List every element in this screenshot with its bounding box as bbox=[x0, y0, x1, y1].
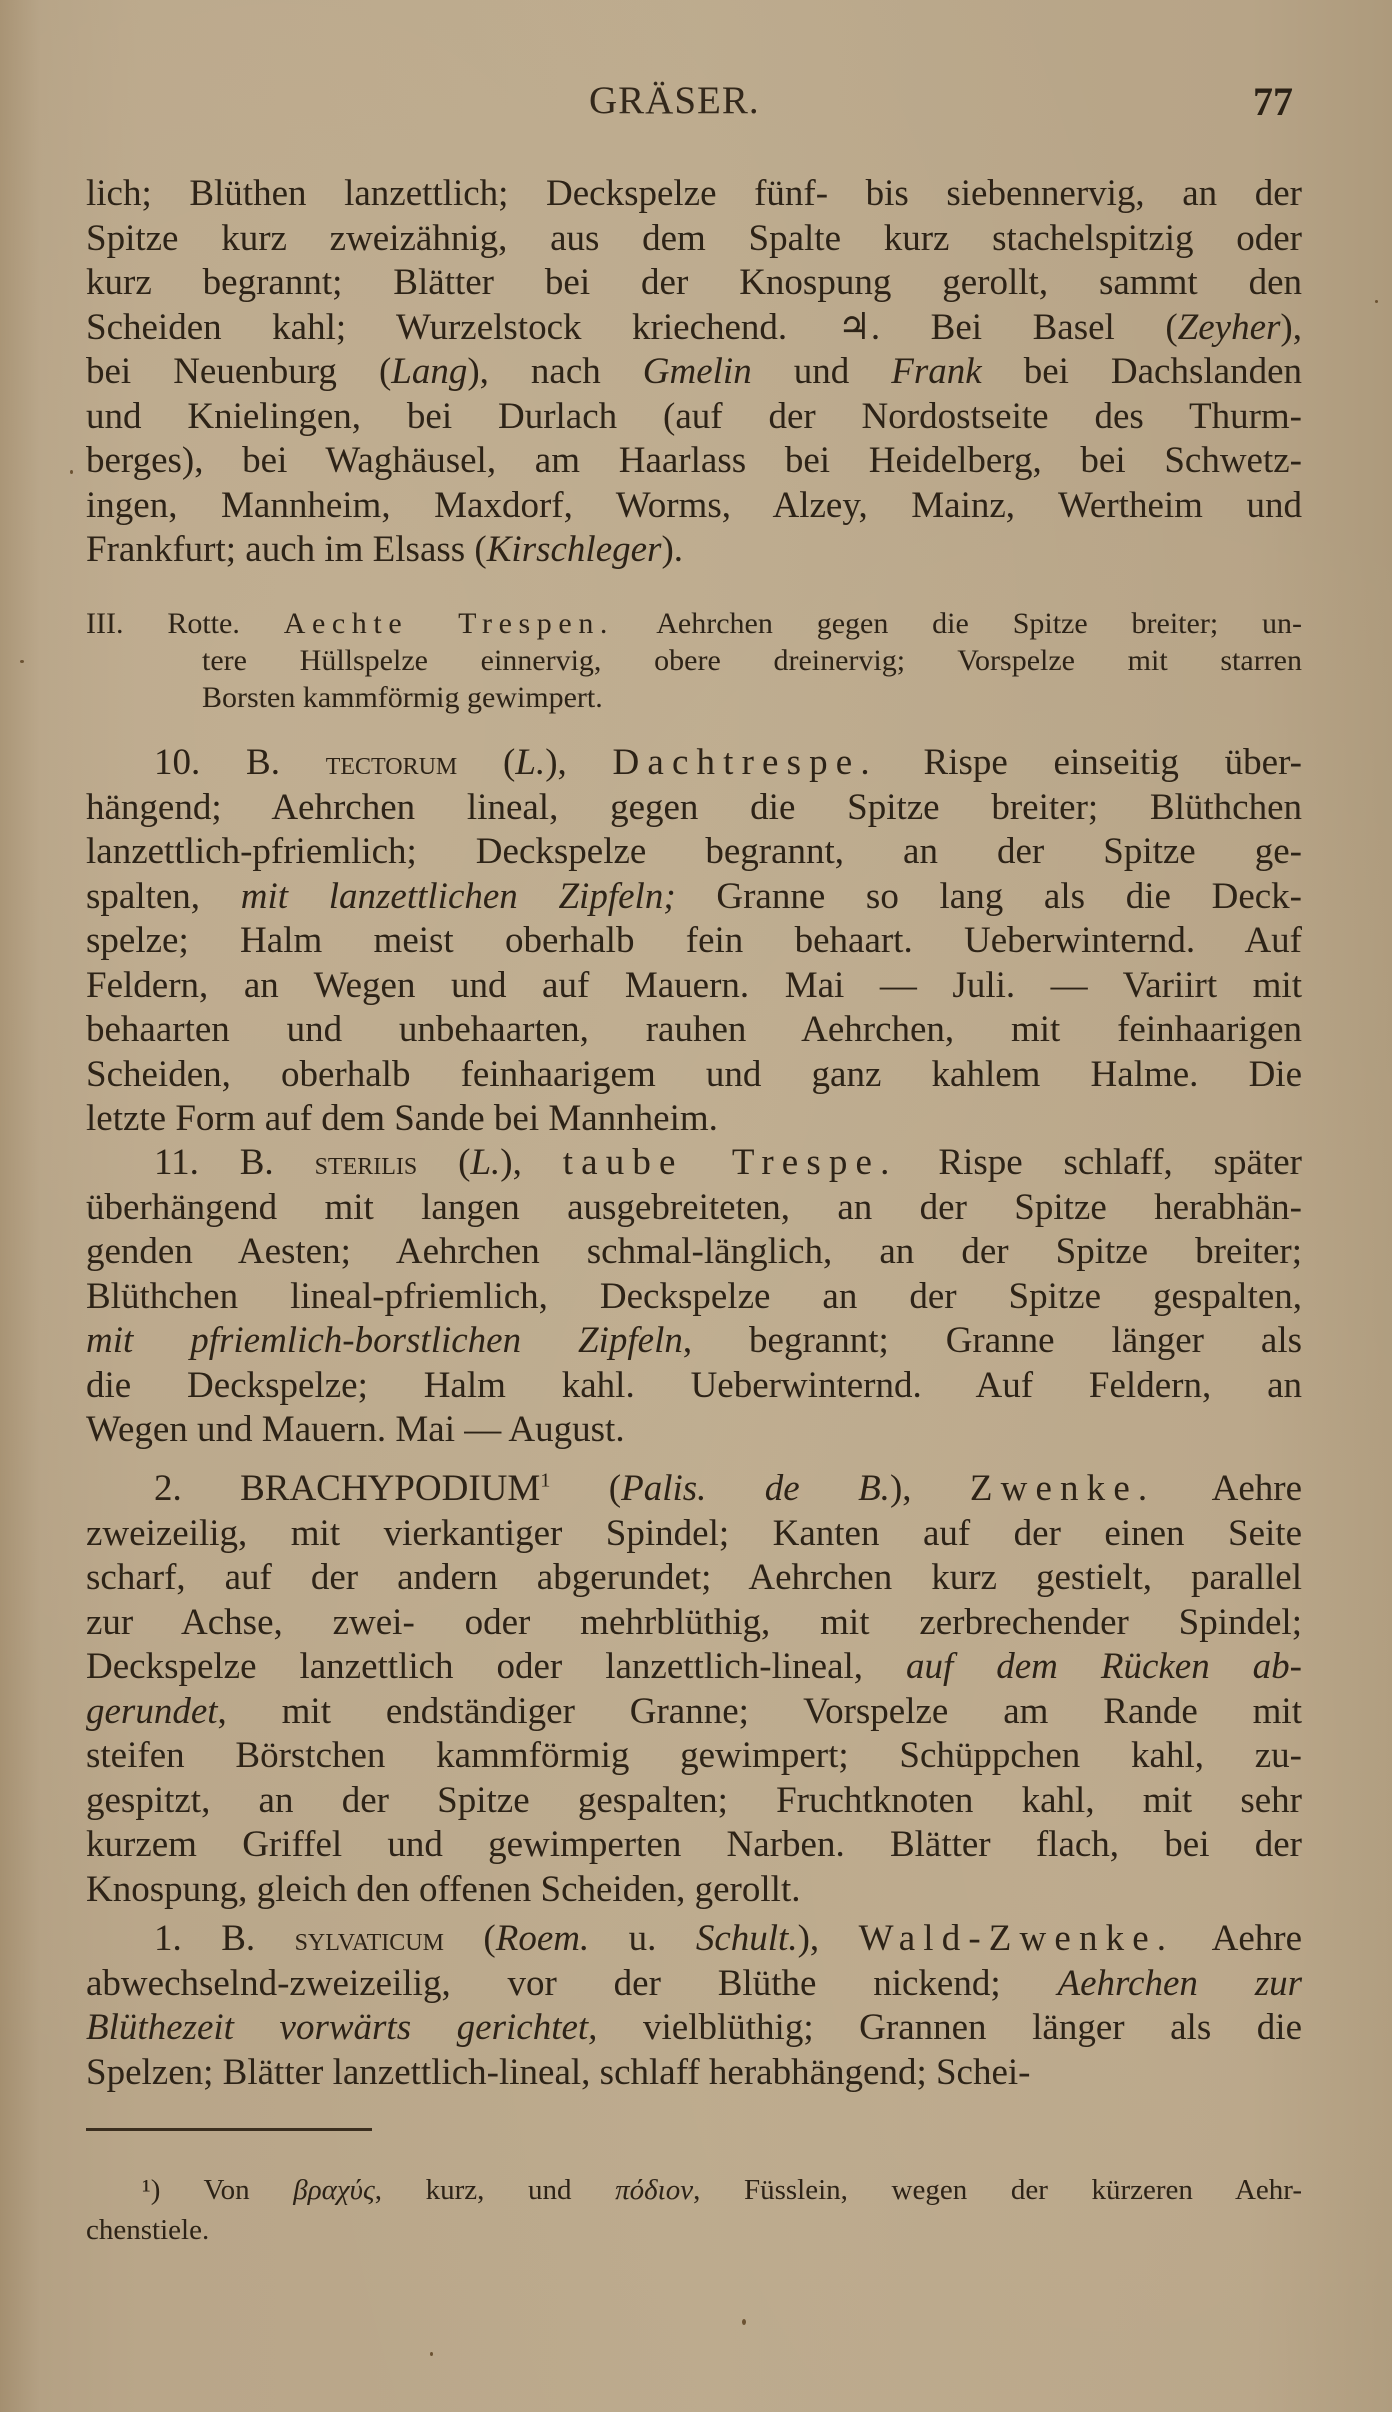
text-run: und bbox=[752, 351, 892, 392]
italic-text: Roem. bbox=[496, 1918, 590, 1959]
text-line: überhängend mit langen ausgebreiteten, a… bbox=[86, 1186, 1302, 1231]
text-line: behaarten und unbehaarten, rauhen Aehrch… bbox=[86, 1008, 1302, 1053]
text-run: spalten, bbox=[86, 876, 241, 917]
common-name: Wald-Zwenke. bbox=[859, 1918, 1175, 1959]
italic-text: Blüthezeit vorwärts gerichtet, bbox=[86, 2007, 597, 2048]
paragraph-bromus-tectorum: 10. B. tectorum (L.), Dachtrespe. Rispe … bbox=[86, 741, 1302, 1142]
text-run: bei Dachslanden bbox=[982, 351, 1302, 392]
text-run: genden Aesten; Aehrchen schmal-länglich,… bbox=[86, 1231, 1302, 1272]
common-name: Aechte Trespen. bbox=[284, 607, 614, 640]
italic-text: Zeyher bbox=[1178, 307, 1281, 348]
text-run: hängend; Aehrchen lineal, gegen die Spit… bbox=[86, 787, 1302, 828]
text-run: kurz begrannt; Blätter bei der Knospung … bbox=[86, 262, 1302, 303]
italic-text: auf dem Rücken ab- bbox=[906, 1646, 1302, 1687]
paragraph-bromus-sterilis: 11. B. sterilis (L.), taube Trespe. Risp… bbox=[86, 1141, 1302, 1453]
text-run: ), bbox=[500, 1142, 562, 1183]
text-line: genden Aesten; Aehrchen schmal-länglich,… bbox=[86, 1230, 1302, 1275]
text-run: Aehrchen gegen die Spitze breiter; un- bbox=[614, 607, 1302, 640]
text-line: 1. B. sylvaticum (Roem. u. Schult.), Wal… bbox=[86, 1917, 1302, 1962]
text-run: zweizeilig, mit vierkantiger Spindel; Ka… bbox=[86, 1513, 1302, 1554]
text-line: ¹) Von βραχύς, kurz, und πόδιον, Füsslei… bbox=[86, 2170, 1302, 2210]
text-run: ( bbox=[444, 1918, 496, 1959]
text-line: Borsten kammförmig gewimpert. bbox=[86, 679, 1302, 716]
text-line: lich; Blüthen lanzettlich; Deckspelze fü… bbox=[86, 172, 1302, 217]
text-run: lich; Blüthen lanzettlich; Deckspelze fü… bbox=[86, 173, 1302, 214]
italic-text: Palis. de B. bbox=[621, 1468, 890, 1509]
text-run: bei Neuenburg ( bbox=[86, 351, 391, 392]
text-run: ( bbox=[417, 1142, 470, 1183]
text-run: ( bbox=[457, 742, 515, 783]
book-page: GRÄSER. 77 lich; Blüthen lanzettlich; De… bbox=[0, 0, 1392, 2412]
text-run: Blüthchen lineal-pfriemlich, Deckspelze … bbox=[86, 1276, 1302, 1317]
text-line: zur Achse, zwei- oder mehrblüthig, mit z… bbox=[86, 1601, 1302, 1646]
text-line: und Knielingen, bei Durlach (auf der Nor… bbox=[86, 395, 1302, 440]
text-line: hängend; Aehrchen lineal, gegen die Spit… bbox=[86, 786, 1302, 831]
text-run: und Knielingen, bei Durlach (auf der Nor… bbox=[86, 396, 1302, 437]
text-run: Knospung, gleich den offenen Scheiden, g… bbox=[86, 1869, 800, 1910]
text-line: gerundet, mit endständiger Granne; Vorsp… bbox=[86, 1690, 1302, 1735]
text-line: Scheiden, oberhalb feinhaarigem und ganz… bbox=[86, 1053, 1302, 1098]
text-line: kurzem Griffel und gewimperten Narben. B… bbox=[86, 1823, 1302, 1868]
text-line: Spitze kurz zweizähnig, aus dem Spalte k… bbox=[86, 217, 1302, 262]
italic-text: Lang bbox=[391, 351, 467, 392]
text-line: scharf, auf der andern abgerundet; Aehrc… bbox=[86, 1556, 1302, 1601]
text-run: ), bbox=[1280, 307, 1302, 348]
text-run: ( bbox=[550, 1468, 621, 1509]
text-line: gespitzt, an der Spitze gespalten; Fruch… bbox=[86, 1779, 1302, 1824]
text-line: III. Rotte. Aechte Trespen. Aehrchen geg… bbox=[86, 605, 1302, 642]
text-run: gespitzt, an der Spitze gespalten; Fruch… bbox=[86, 1780, 1302, 1821]
text-run: III. Rotte. bbox=[86, 607, 284, 640]
text-run: Scheiden, oberhalb feinhaarigem und ganz… bbox=[86, 1054, 1302, 1095]
text-line: abwechselnd-zweizeilig, vor der Blüthe n… bbox=[86, 1962, 1302, 2007]
common-name: Dachtrespe. bbox=[613, 742, 878, 783]
text-run: berges), bei Waghäusel, am Haarlass bei … bbox=[86, 440, 1302, 481]
text-run: ). bbox=[661, 529, 683, 570]
text-run: ingen, Mannheim, Maxdorf, Worms, Alzey, … bbox=[86, 485, 1302, 526]
text-run: ¹) Von bbox=[142, 2174, 293, 2206]
text-line: zweizeilig, mit vierkantiger Spindel; Ka… bbox=[86, 1512, 1302, 1557]
text-line: bei Neuenburg (Lang), nach Gmelin und Fr… bbox=[86, 350, 1302, 395]
text-run: , kurz, und bbox=[375, 2174, 615, 2206]
text-run: tere Hüllspelze einnervig, obere dreiner… bbox=[202, 644, 1302, 677]
text-run: Rispe schlaff, später bbox=[898, 1142, 1303, 1183]
text-run: ), bbox=[890, 1468, 970, 1509]
text-line: Scheiden kahl; Wurzelstock kriechend. ♃.… bbox=[86, 306, 1302, 351]
paper-speck bbox=[70, 470, 73, 474]
text-line: 2. BRACHYPODIUM1 (Palis. de B.), Zwenke.… bbox=[86, 1467, 1302, 1512]
text-run: Aehre bbox=[1155, 1468, 1302, 1509]
paper-speck bbox=[430, 2352, 433, 2356]
text-line: 11. B. sterilis (L.), taube Trespe. Risp… bbox=[86, 1141, 1302, 1186]
paragraph-rotte-iii: III. Rotte. Aechte Trespen. Aehrchen geg… bbox=[86, 605, 1302, 716]
italic-text: L. bbox=[470, 1142, 500, 1183]
text-run: u. bbox=[589, 1918, 696, 1959]
text-run: steifen Börstchen kammförmig gewimpert; … bbox=[86, 1735, 1302, 1776]
text-run: Feldern, an Wegen und auf Mauern. Mai — … bbox=[86, 965, 1302, 1006]
paragraph-brachypodium: 2. BRACHYPODIUM1 (Palis. de B.), Zwenke.… bbox=[86, 1467, 1302, 1912]
text-run: scharf, auf der andern abgerundet; Aehrc… bbox=[86, 1557, 1302, 1598]
text-line: die Deckspelze; Halm kahl. Ueberwinternd… bbox=[86, 1364, 1302, 1409]
italic-text: πόδιον bbox=[615, 2174, 693, 2206]
italic-text: Aehrchen zur bbox=[1057, 1963, 1302, 2004]
italic-text: L. bbox=[515, 742, 545, 783]
italic-text: mit pfriemlich-borstlichen Zipfeln bbox=[86, 1320, 683, 1361]
text-line: ingen, Mannheim, Maxdorf, Worms, Alzey, … bbox=[86, 484, 1302, 529]
text-run: abwechselnd-zweizeilig, vor der Blüthe n… bbox=[86, 1963, 1057, 2004]
italic-text: βραχύς bbox=[293, 2174, 374, 2206]
text-run: Deckspelze lanzettlich oder lanzettlich-… bbox=[86, 1646, 906, 1687]
text-run: behaarten und unbehaarten, rauhen Aehrch… bbox=[86, 1009, 1302, 1050]
text-run: Scheiden kahl; Wurzelstock kriechend. ♃.… bbox=[86, 307, 1178, 348]
text-line: chenstiele. bbox=[86, 2210, 1302, 2250]
text-line: 10. B. tectorum (L.), Dachtrespe. Rispe … bbox=[86, 741, 1302, 786]
text-run: , Füsslein, wegen der kürzeren Aehr- bbox=[693, 2174, 1302, 2206]
text-run: ), bbox=[545, 742, 612, 783]
text-run: spelze; Halm meist oberhalb fein behaart… bbox=[86, 920, 1302, 961]
text-line: Feldern, an Wegen und auf Mauern. Mai — … bbox=[86, 964, 1302, 1009]
text-run: zur Achse, zwei- oder mehrblüthig, mit z… bbox=[86, 1602, 1302, 1643]
text-run: Spelzen; Blätter lanzettlich-lineal, sch… bbox=[86, 2052, 1031, 2093]
text-line: Blüthezeit vorwärts gerichtet, vielblüth… bbox=[86, 2006, 1302, 2051]
text-line: Wegen und Mauern. Mai — August. bbox=[86, 1408, 1302, 1453]
text-run: , mit endständiger Granne; Vorspelze am … bbox=[218, 1691, 1302, 1732]
text-line: tere Hüllspelze einnervig, obere dreiner… bbox=[86, 642, 1302, 679]
text-run: Spitze kurz zweizähnig, aus dem Spalte k… bbox=[86, 218, 1302, 259]
text-run: letzte Form auf dem Sande bei Mannheim. bbox=[86, 1098, 718, 1139]
text-line: Blüthchen lineal-pfriemlich, Deckspelze … bbox=[86, 1275, 1302, 1320]
text-run: 2. BRACHYPODIUM bbox=[154, 1468, 540, 1509]
text-run: Frankfurt; auch im Elsass ( bbox=[86, 529, 487, 570]
paper-speck bbox=[742, 2319, 746, 2325]
footnote-rule bbox=[86, 2128, 372, 2131]
species-name: sterilis bbox=[315, 1145, 418, 1182]
running-head-title: GRÄSER. bbox=[589, 78, 760, 123]
text-run: 1. B. bbox=[154, 1918, 295, 1959]
text-run: Rispe einseitig über- bbox=[878, 742, 1302, 783]
text-line: Knospung, gleich den offenen Scheiden, g… bbox=[86, 1868, 1302, 1913]
text-run: die Deckspelze; Halm kahl. Ueberwinternd… bbox=[86, 1365, 1302, 1406]
text-line: Spelzen; Blätter lanzettlich-lineal, sch… bbox=[86, 2051, 1302, 2096]
common-name: taube Trespe. bbox=[563, 1142, 898, 1183]
paragraph-continuation: lich; Blüthen lanzettlich; Deckspelze fü… bbox=[86, 172, 1302, 573]
italic-text: gerundet bbox=[86, 1691, 218, 1732]
text-line: steifen Börstchen kammförmig gewimpert; … bbox=[86, 1734, 1302, 1779]
paragraph-brachypodium-sylvaticum: 1. B. sylvaticum (Roem. u. Schult.), Wal… bbox=[86, 1917, 1302, 2095]
italic-text: mit lanzettlichen Zipfeln; bbox=[241, 876, 676, 917]
text-run: kurzem Griffel und gewimperten Narben. B… bbox=[86, 1824, 1302, 1865]
paper-speck bbox=[1375, 300, 1378, 303]
text-run: ), bbox=[798, 1918, 859, 1959]
text-line: Frankfurt; auch im Elsass (Kirschleger). bbox=[86, 528, 1302, 573]
text-run: lanzettlich-pfriemlich; Deckspelze begra… bbox=[86, 831, 1302, 872]
text-run: Granne so lang als die Deck- bbox=[676, 876, 1302, 917]
species-name: tectorum bbox=[326, 745, 458, 782]
footnote-marker: 1 bbox=[540, 1470, 550, 1492]
text-line: letzte Form auf dem Sande bei Mannheim. bbox=[86, 1097, 1302, 1142]
common-name: Zwenke. bbox=[970, 1468, 1155, 1509]
text-run: vielblüthig; Grannen länger als die bbox=[597, 2007, 1302, 2048]
text-run: , begrannt; Granne länger als bbox=[683, 1320, 1302, 1361]
text-line: mit pfriemlich-borstlichen Zipfeln, begr… bbox=[86, 1319, 1302, 1364]
text-run: Borsten kammförmig gewimpert. bbox=[202, 681, 603, 714]
paper-speck bbox=[20, 660, 24, 663]
footnote: ¹) Von βραχύς, kurz, und πόδιον, Füsslei… bbox=[86, 2170, 1302, 2250]
text-line: kurz begrannt; Blätter bei der Knospung … bbox=[86, 261, 1302, 306]
text-run: ), nach bbox=[467, 351, 642, 392]
text-run: chenstiele. bbox=[86, 2214, 209, 2246]
text-run: 11. B. bbox=[154, 1142, 315, 1183]
text-line: spalten, mit lanzettlichen Zipfeln; Gran… bbox=[86, 875, 1302, 920]
species-name: sylvaticum bbox=[295, 1921, 444, 1958]
page-number: 77 bbox=[1253, 78, 1293, 125]
text-line: spelze; Halm meist oberhalb fein behaart… bbox=[86, 919, 1302, 964]
italic-text: Schult. bbox=[696, 1918, 798, 1959]
text-line: lanzettlich-pfriemlich; Deckspelze begra… bbox=[86, 830, 1302, 875]
text-line: Deckspelze lanzettlich oder lanzettlich-… bbox=[86, 1645, 1302, 1690]
text-line: berges), bei Waghäusel, am Haarlass bei … bbox=[86, 439, 1302, 484]
text-run: überhängend mit langen ausgebreiteten, a… bbox=[86, 1187, 1302, 1228]
text-run: Aehre bbox=[1174, 1918, 1302, 1959]
text-run: 10. B. bbox=[154, 742, 326, 783]
italic-text: Kirschleger bbox=[487, 529, 662, 570]
running-head: GRÄSER. 77 bbox=[0, 78, 1392, 128]
italic-text: Frank bbox=[891, 351, 981, 392]
italic-text: Gmelin bbox=[643, 351, 752, 392]
text-run: Wegen und Mauern. Mai — August. bbox=[86, 1409, 625, 1450]
